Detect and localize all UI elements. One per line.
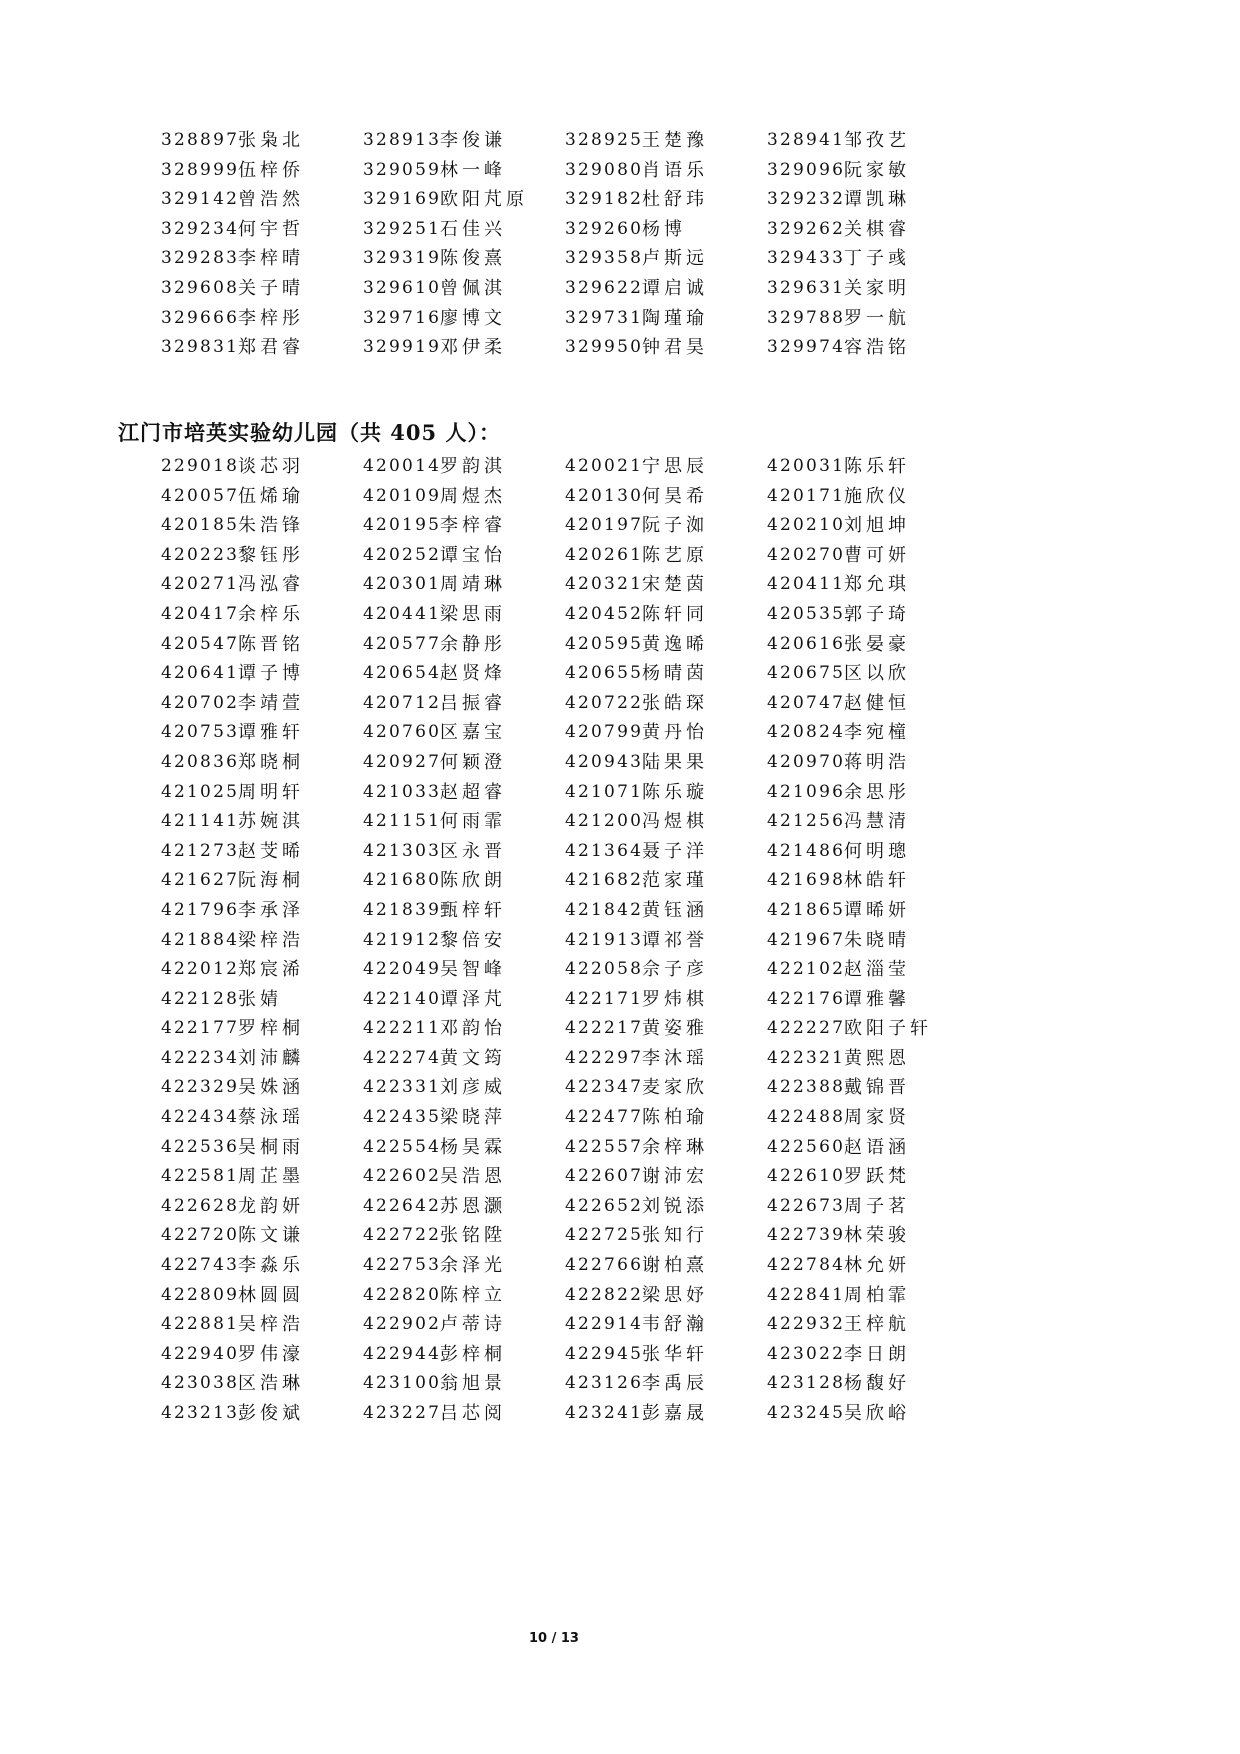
candidate-name: 黎钰彤 (238, 541, 304, 571)
candidate-name: 陈晋铭 (238, 630, 304, 660)
roster-entry: 422227欧阳子轩 (767, 1014, 969, 1044)
exam-number: 420747 (767, 689, 844, 719)
roster-entry: 422217黄姿雅 (565, 1014, 767, 1044)
candidate-name: 何明璁 (844, 837, 910, 867)
roster-entry: 328925王楚豫 (565, 126, 767, 156)
exam-number: 329950 (565, 333, 642, 363)
candidate-name: 肖语乐 (642, 156, 708, 186)
exam-number: 421865 (767, 896, 844, 926)
exam-number: 422049 (363, 955, 440, 985)
candidate-name: 何宇哲 (238, 215, 304, 245)
exam-number: 328941 (767, 126, 844, 156)
roster-entry: 421842黄钰涵 (565, 896, 767, 926)
candidate-name: 阮家敏 (844, 156, 910, 186)
exam-number: 329974 (767, 333, 844, 363)
roster-entry: 420271冯泓睿 (161, 570, 363, 600)
candidate-name: 彭嘉晟 (642, 1399, 708, 1429)
roster-entry: 329169欧阳芃原 (363, 185, 565, 215)
candidate-name: 周柏霏 (844, 1281, 910, 1311)
exam-number: 420321 (565, 570, 642, 600)
page-number: 10 / 13 (0, 1631, 1108, 1646)
candidate-name: 宋楚茵 (642, 570, 708, 600)
roster-entry: 422140谭泽芃 (363, 985, 565, 1015)
roster-entry: 420109周煜杰 (363, 482, 565, 512)
exam-number: 422820 (363, 1281, 440, 1311)
candidate-name: 何雨霏 (440, 807, 506, 837)
exam-number: 420252 (363, 541, 440, 571)
candidate-name: 罗炜棋 (642, 985, 708, 1015)
exam-number: 329142 (161, 185, 238, 215)
candidate-name: 赵贤烽 (440, 659, 506, 689)
candidate-name: 李梓晴 (238, 244, 304, 274)
exam-number: 420270 (767, 541, 844, 571)
roster-entry: 329666李梓彤 (161, 304, 363, 334)
roster-entry: 422321黄熙恩 (767, 1044, 969, 1074)
roster-entry: 422297李沐瑶 (565, 1044, 767, 1074)
roster-entry: 329182杜舒玮 (565, 185, 767, 215)
roster-entry: 422128张婧 (161, 985, 363, 1015)
roster-row: 422809林圆圆422820陈梓立422822梁思妤422841周柏霏 (161, 1281, 1240, 1311)
exam-number: 422488 (767, 1103, 844, 1133)
candidate-name: 廖博文 (440, 304, 506, 334)
exam-number: 421682 (565, 866, 642, 896)
exam-number: 422739 (767, 1221, 844, 1251)
exam-number: 422610 (767, 1162, 844, 1192)
roster-entry: 420824李宛橦 (767, 718, 969, 748)
candidate-name: 关棋睿 (844, 215, 910, 245)
roster-section-peiying-kindergarten: 229018谈芯羽420014罗韵淇420021宁思辰420031陈乐轩4200… (161, 452, 1240, 1429)
roster-entry: 422554杨昊霖 (363, 1133, 565, 1163)
candidate-name: 李宛橦 (844, 718, 910, 748)
roster-entry: 420321宋楚茵 (565, 570, 767, 600)
roster-row: 420185朱浩锋420195李梓睿420197阮子洳420210刘旭坤 (161, 511, 1240, 541)
exam-number: 420675 (767, 659, 844, 689)
roster-entry: 423126李禹辰 (565, 1369, 767, 1399)
candidate-name: 梁思雨 (440, 600, 506, 630)
candidate-name: 吴智峰 (440, 955, 506, 985)
exam-number: 422940 (161, 1340, 238, 1370)
candidate-name: 郑君睿 (238, 333, 304, 363)
candidate-name: 李沐瑶 (642, 1044, 708, 1074)
exam-number: 329080 (565, 156, 642, 186)
candidate-name: 张知行 (642, 1221, 708, 1251)
roster-row: 421025周明轩421033赵超睿421071陈乐璇421096余思彤 (161, 778, 1240, 808)
candidate-name: 谭子博 (238, 659, 304, 689)
candidate-name: 曹可妍 (844, 541, 910, 571)
section-heading: 江门市培英实验幼儿园（共 405 人）： (118, 420, 501, 446)
exam-number: 329234 (161, 215, 238, 245)
candidate-name: 陈欣朗 (440, 866, 506, 896)
candidate-name: 李禹辰 (642, 1369, 708, 1399)
exam-number: 329433 (767, 244, 844, 274)
candidate-name: 卢斯远 (642, 244, 708, 274)
candidate-name: 蒋明浩 (844, 748, 910, 778)
candidate-name: 施欣仪 (844, 482, 910, 512)
candidate-name: 郑允琪 (844, 570, 910, 600)
candidate-name: 何颖澄 (440, 748, 506, 778)
candidate-name: 赵芠晞 (238, 837, 304, 867)
candidate-name: 关子晴 (238, 274, 304, 304)
exam-number: 421698 (767, 866, 844, 896)
candidate-name: 郭子琦 (844, 600, 910, 630)
candidate-name: 陈轩同 (642, 600, 708, 630)
candidate-name: 黄丹怡 (642, 718, 708, 748)
candidate-name: 罗伟濠 (238, 1340, 304, 1370)
roster-row: 229018谈芯羽420014罗韵淇420021宁思辰420031陈乐轩 (161, 452, 1240, 482)
candidate-name: 谭启诚 (642, 274, 708, 304)
exam-number: 328925 (565, 126, 642, 156)
roster-entry: 420021宁思辰 (565, 452, 767, 482)
exam-number: 420195 (363, 511, 440, 541)
candidate-name: 邓伊柔 (440, 333, 506, 363)
roster-entry: 329096阮家敏 (767, 156, 969, 186)
candidate-name: 韦舒瀚 (642, 1310, 708, 1340)
candidate-name: 陈文谦 (238, 1221, 304, 1251)
exam-number: 422881 (161, 1310, 238, 1340)
exam-number: 420417 (161, 600, 238, 630)
exam-number: 422435 (363, 1103, 440, 1133)
roster-entry: 422720陈文谦 (161, 1221, 363, 1251)
roster-entry: 422347麦家欣 (565, 1073, 767, 1103)
candidate-name: 彭梓桐 (440, 1340, 506, 1370)
exam-number: 420057 (161, 482, 238, 512)
roster-row: 422234刘沛麟422274黄文筠422297李沐瑶422321黄熙恩 (161, 1044, 1240, 1074)
roster-row: 422720陈文谦422722张铭陞422725张知行422739林荣骏 (161, 1221, 1240, 1251)
exam-number: 420616 (767, 630, 844, 660)
roster-entry: 420595黄逸晞 (565, 630, 767, 660)
candidate-name: 吴姝涵 (238, 1073, 304, 1103)
exam-number: 328913 (363, 126, 440, 156)
exam-number: 422944 (363, 1340, 440, 1370)
candidate-name: 张枭北 (238, 126, 304, 156)
roster-entry: 422581周芷墨 (161, 1162, 363, 1192)
exam-number: 422673 (767, 1192, 844, 1222)
candidate-name: 王梓航 (844, 1310, 910, 1340)
candidate-name: 吕振睿 (440, 689, 506, 719)
exam-number: 422932 (767, 1310, 844, 1340)
roster-row: 420417余梓乐420441梁思雨420452陈轩同420535郭子琦 (161, 600, 1240, 630)
exam-number: 420031 (767, 452, 844, 482)
roster-row: 422743李淼乐422753余泽光422766谢柏熹422784林允妍 (161, 1251, 1240, 1281)
candidate-name: 吴梓浩 (238, 1310, 304, 1340)
roster-entry: 420970蒋明浩 (767, 748, 969, 778)
roster-entry: 420185朱浩锋 (161, 511, 363, 541)
candidate-name: 刘沛麟 (238, 1044, 304, 1074)
exam-number: 421839 (363, 896, 440, 926)
exam-number: 422321 (767, 1044, 844, 1074)
exam-number: 421884 (161, 926, 238, 956)
exam-number: 422841 (767, 1281, 844, 1311)
candidate-name: 李承泽 (238, 896, 304, 926)
candidate-name: 梁梓浩 (238, 926, 304, 956)
roster-entry: 420641谭子博 (161, 659, 363, 689)
roster-entry: 421839甄梓轩 (363, 896, 565, 926)
candidate-name: 李日朗 (844, 1340, 910, 1370)
roster-row: 329234何宇哲329251石佳兴329260杨博329262关棋睿 (161, 215, 1240, 245)
exam-number: 420970 (767, 748, 844, 778)
roster-entry: 420197阮子洳 (565, 511, 767, 541)
candidate-name: 陈乐轩 (844, 452, 910, 482)
roster-entry: 422435梁晓萍 (363, 1103, 565, 1133)
exam-number: 422012 (161, 955, 238, 985)
candidate-name: 彭俊斌 (238, 1399, 304, 1429)
roster-entry: 422012郑宸浠 (161, 955, 363, 985)
candidate-name: 区浩琳 (238, 1369, 304, 1399)
roster-entry: 422388戴锦晋 (767, 1073, 969, 1103)
exam-number: 420722 (565, 689, 642, 719)
exam-number: 422128 (161, 985, 238, 1015)
exam-number: 329096 (767, 156, 844, 186)
roster-entry: 421680陈欣朗 (363, 866, 565, 896)
roster-entry: 329251石佳兴 (363, 215, 565, 245)
exam-number: 420654 (363, 659, 440, 689)
candidate-name: 石佳兴 (440, 215, 506, 245)
exam-number: 422602 (363, 1162, 440, 1192)
exam-number: 422536 (161, 1133, 238, 1163)
candidate-name: 吴欣峪 (844, 1399, 910, 1429)
candidate-name: 邓韵怡 (440, 1014, 506, 1044)
exam-number: 420655 (565, 659, 642, 689)
roster-entry: 420452陈轩同 (565, 600, 767, 630)
candidate-name: 刘锐添 (642, 1192, 708, 1222)
roster-entry: 420577余静彤 (363, 630, 565, 660)
roster-entry: 420616张晏豪 (767, 630, 969, 660)
roster-row: 329142曾浩然329169欧阳芃原329182杜舒玮329232谭凯琳 (161, 185, 1240, 215)
exam-number: 329622 (565, 274, 642, 304)
roster-entry: 422940罗伟濠 (161, 1340, 363, 1370)
exam-number: 422176 (767, 985, 844, 1015)
candidate-name: 杨馥好 (844, 1369, 910, 1399)
exam-number: 420197 (565, 511, 642, 541)
candidate-name: 区以欣 (844, 659, 910, 689)
candidate-name: 赵淄莹 (844, 955, 910, 985)
roster-row: 420271冯泓睿420301周靖琳420321宋楚茵420411郑允琪 (161, 570, 1240, 600)
candidate-name: 黎倍安 (440, 926, 506, 956)
roster-entry: 422628龙韵妍 (161, 1192, 363, 1222)
candidate-name: 杜舒玮 (642, 185, 708, 215)
roster-row: 420753谭雅轩420760区嘉宝420799黄丹怡420824李宛橦 (161, 718, 1240, 748)
roster-entry: 328999伍梓侨 (161, 156, 363, 186)
candidate-name: 周煜杰 (440, 482, 506, 512)
exam-number: 422722 (363, 1221, 440, 1251)
roster-row: 420547陈晋铭420577余静彤420595黄逸晞420616张晏豪 (161, 630, 1240, 660)
exam-number: 421303 (363, 837, 440, 867)
exam-number: 329283 (161, 244, 238, 274)
candidate-name: 翁旭景 (440, 1369, 506, 1399)
exam-number: 422766 (565, 1251, 642, 1281)
roster-entry: 420753谭雅轩 (161, 718, 363, 748)
exam-number: 329919 (363, 333, 440, 363)
candidate-name: 余思彤 (844, 778, 910, 808)
roster-entry: 420031陈乐轩 (767, 452, 969, 482)
candidate-name: 陆果果 (642, 748, 708, 778)
roster-entry: 422177罗梓桐 (161, 1014, 363, 1044)
candidate-name: 张华轩 (642, 1340, 708, 1370)
roster-entry: 420702李靖萱 (161, 689, 363, 719)
candidate-name: 阮子洳 (642, 511, 708, 541)
exam-number: 420753 (161, 718, 238, 748)
exam-number: 423227 (363, 1399, 440, 1429)
exam-number: 422822 (565, 1281, 642, 1311)
exam-number: 422227 (767, 1014, 844, 1044)
exam-number: 422902 (363, 1310, 440, 1340)
exam-number: 329262 (767, 215, 844, 245)
roster-entry: 423241彭嘉晟 (565, 1399, 767, 1429)
exam-number: 422914 (565, 1310, 642, 1340)
exam-number: 420021 (565, 452, 642, 482)
roster-entry: 421256冯慧清 (767, 807, 969, 837)
roster-entry: 329319陈俊熹 (363, 244, 565, 274)
exam-number: 422347 (565, 1073, 642, 1103)
candidate-name: 黄钰涵 (642, 896, 708, 926)
exam-number: 422102 (767, 955, 844, 985)
roster-entry: 329716廖博文 (363, 304, 565, 334)
roster-entry: 329950钟君昊 (565, 333, 767, 363)
exam-number: 420223 (161, 541, 238, 571)
exam-number: 420301 (363, 570, 440, 600)
exam-number: 329610 (363, 274, 440, 304)
candidate-name: 张婧 (238, 985, 282, 1015)
exam-number: 423241 (565, 1399, 642, 1429)
roster-entry: 422642苏恩灏 (363, 1192, 565, 1222)
roster-entry: 420654赵贤烽 (363, 659, 565, 689)
roster-entry: 422488周家贤 (767, 1103, 969, 1133)
candidate-name: 钟君昊 (642, 333, 708, 363)
roster-entry: 420014罗韵淇 (363, 452, 565, 482)
roster-entry: 329232谭凯琳 (767, 185, 969, 215)
roster-entry: 422820陈梓立 (363, 1281, 565, 1311)
candidate-name: 张晏豪 (844, 630, 910, 660)
exam-number: 420641 (161, 659, 238, 689)
roster-entry: 421096余思彤 (767, 778, 969, 808)
candidate-name: 林一峰 (440, 156, 506, 186)
candidate-name: 谭宝怡 (440, 541, 506, 571)
roster-entry: 329262关棋睿 (767, 215, 969, 245)
candidate-name: 蔡泳瑶 (238, 1103, 304, 1133)
exam-number: 422388 (767, 1073, 844, 1103)
roster-entry: 423038区浩琳 (161, 1369, 363, 1399)
candidate-name: 阮海桐 (238, 866, 304, 896)
exam-number: 421627 (161, 866, 238, 896)
exam-number: 423022 (767, 1340, 844, 1370)
roster-entry: 420195李梓睿 (363, 511, 565, 541)
exam-number: 420760 (363, 718, 440, 748)
roster-entry: 421698林皓轩 (767, 866, 969, 896)
exam-number: 420452 (565, 600, 642, 630)
exam-number: 422945 (565, 1340, 642, 1370)
candidate-name: 陈乐璇 (642, 778, 708, 808)
candidate-name: 余泽光 (440, 1251, 506, 1281)
candidate-name: 周靖琳 (440, 570, 506, 600)
candidate-name: 罗梓桐 (238, 1014, 304, 1044)
roster-entry: 422477陈柏瑜 (565, 1103, 767, 1133)
roster-row: 328897张枭北328913李俊谦328925王楚豫328941邹孜艺 (161, 126, 1240, 156)
roster-entry: 422560赵语涵 (767, 1133, 969, 1163)
roster-entry: 421865谭晞妍 (767, 896, 969, 926)
roster-entry: 422822梁思妤 (565, 1281, 767, 1311)
exam-number: 420271 (161, 570, 238, 600)
candidate-name: 谭祁誉 (642, 926, 708, 956)
roster-row: 422536吴桐雨422554杨昊霖422557余梓琳422560赵语涵 (161, 1133, 1240, 1163)
roster-entry: 421364聂子洋 (565, 837, 767, 867)
roster-entry: 421796李承泽 (161, 896, 363, 926)
candidate-name: 张皓琛 (642, 689, 708, 719)
exam-number: 423213 (161, 1399, 238, 1429)
candidate-name: 冯泓睿 (238, 570, 304, 600)
roster-row: 420702李靖萱420712吕振睿420722张皓琛420747赵健恒 (161, 689, 1240, 719)
roster-entry: 422049吴智峰 (363, 955, 565, 985)
exam-number: 422628 (161, 1192, 238, 1222)
roster-row: 422581周芷墨422602吴浩恩422607谢沛宏422610罗跃梵 (161, 1162, 1240, 1192)
roster-entry: 420943陆果果 (565, 748, 767, 778)
exam-number: 422211 (363, 1014, 440, 1044)
candidate-name: 戴锦晋 (844, 1073, 910, 1103)
roster-entry: 328913李俊谦 (363, 126, 565, 156)
roster-entry: 422809林圆圆 (161, 1281, 363, 1311)
candidate-name: 陈梓立 (440, 1281, 506, 1311)
exam-number: 329260 (565, 215, 642, 245)
exam-number: 420411 (767, 570, 844, 600)
candidate-name: 罗一航 (844, 304, 910, 334)
roster-entry: 423100翁旭景 (363, 1369, 565, 1399)
roster-row: 421273赵芠晞421303区永晋421364聂子洋421486何明璁 (161, 837, 1240, 867)
candidate-name: 谢沛宏 (642, 1162, 708, 1192)
exam-number: 329059 (363, 156, 440, 186)
exam-number: 420702 (161, 689, 238, 719)
roster-entry: 420057伍烯瑜 (161, 482, 363, 512)
candidate-name: 林皓轩 (844, 866, 910, 896)
candidate-name: 冯慧清 (844, 807, 910, 837)
roster-entry: 423245吴欣峪 (767, 1399, 969, 1429)
candidate-name: 黄姿雅 (642, 1014, 708, 1044)
exam-number: 422331 (363, 1073, 440, 1103)
candidate-name: 刘旭坤 (844, 511, 910, 541)
candidate-name: 朱晓晴 (844, 926, 910, 956)
exam-number: 422171 (565, 985, 642, 1015)
roster-row: 422628龙韵妍422642苏恩灏422652刘锐添422673周子茗 (161, 1192, 1240, 1222)
exam-number: 420130 (565, 482, 642, 512)
exam-number: 421796 (161, 896, 238, 926)
candidate-name: 杨博 (642, 215, 686, 245)
exam-number: 422784 (767, 1251, 844, 1281)
roster-entry: 421884梁梓浩 (161, 926, 363, 956)
roster-entry: 422102赵淄莹 (767, 955, 969, 985)
exam-number: 422274 (363, 1044, 440, 1074)
exam-number: 422809 (161, 1281, 238, 1311)
roster-row: 422128张婧422140谭泽芃422171罗炜棋422176谭雅馨 (161, 985, 1240, 1015)
candidate-name: 何昊希 (642, 482, 708, 512)
roster-entry: 329631关家明 (767, 274, 969, 304)
roster-row: 329608关子晴329610曾佩淇329622谭启诚329631关家明 (161, 274, 1240, 304)
candidate-name: 吴桐雨 (238, 1133, 304, 1163)
exam-number: 422753 (363, 1251, 440, 1281)
roster-entry: 420417余梓乐 (161, 600, 363, 630)
candidate-name: 黄熙恩 (844, 1044, 910, 1074)
exam-number: 420943 (565, 748, 642, 778)
roster-entry: 422652刘锐添 (565, 1192, 767, 1222)
roster-entry: 329831郑君睿 (161, 333, 363, 363)
roster-row: 422940罗伟濠422944彭梓桐422945张华轩423022李日朗 (161, 1340, 1240, 1370)
candidate-name: 龙韵妍 (238, 1192, 304, 1222)
exam-number: 420824 (767, 718, 844, 748)
roster-entry: 421967朱晓晴 (767, 926, 969, 956)
roster-entry: 420836郑晓桐 (161, 748, 363, 778)
candidate-name: 梁晓萍 (440, 1103, 506, 1133)
roster-row: 329283李梓晴329319陈俊熹329358卢斯远329433丁子彧 (161, 244, 1240, 274)
candidate-name: 谭泽芃 (440, 985, 506, 1015)
exam-number: 421912 (363, 926, 440, 956)
candidate-name: 李淼乐 (238, 1251, 304, 1281)
